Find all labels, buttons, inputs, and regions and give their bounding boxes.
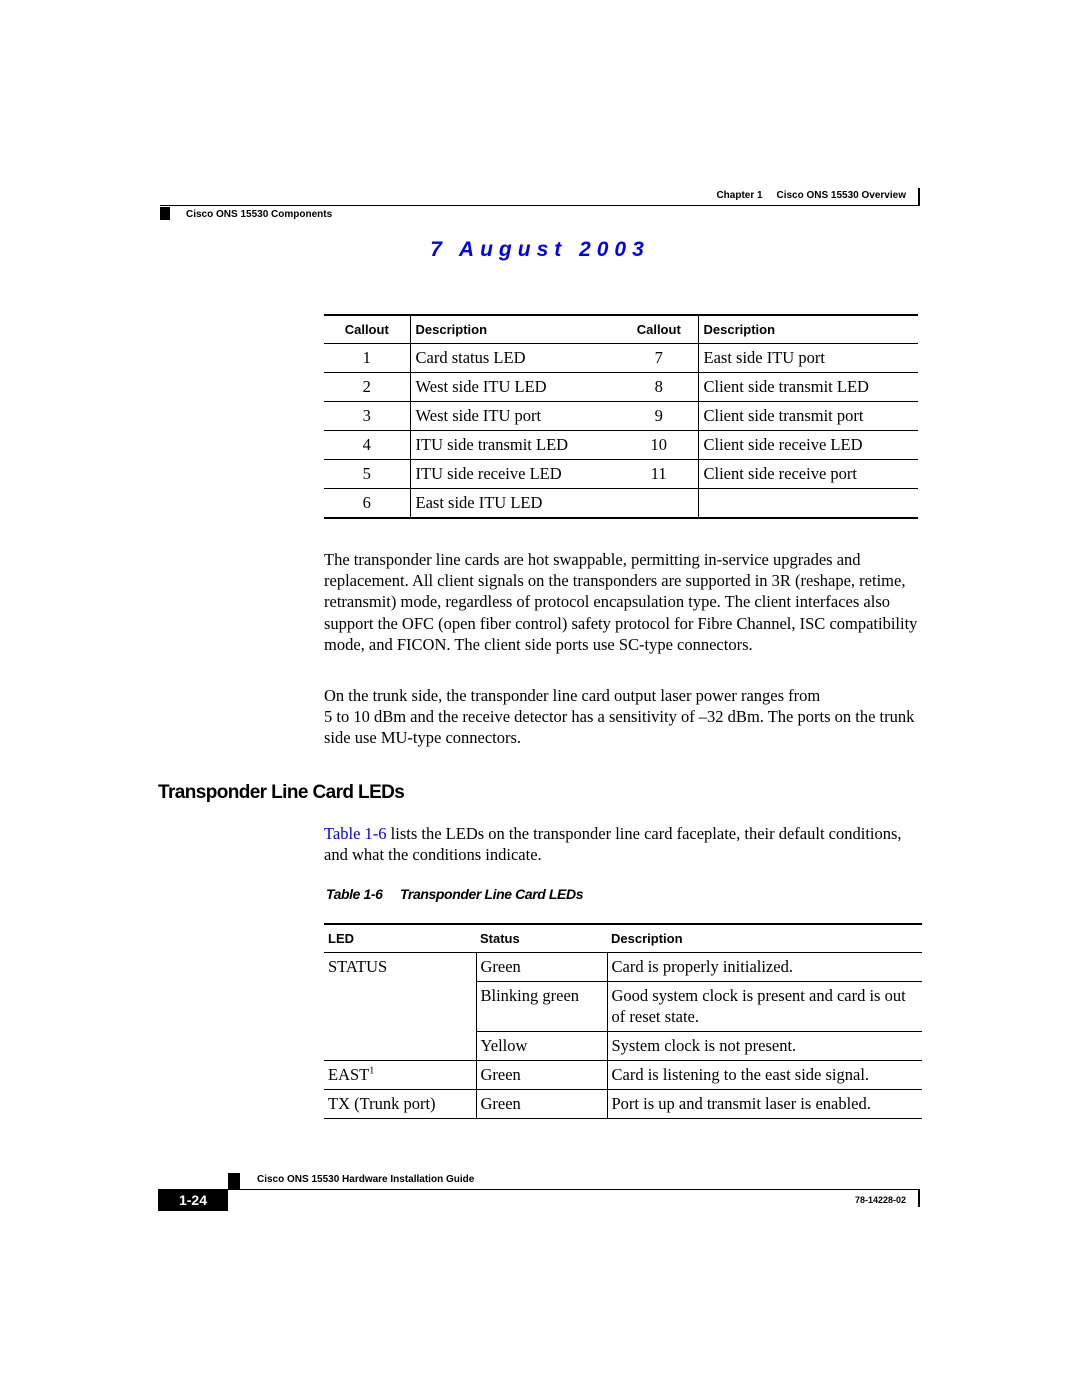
- led-name: EAST1: [324, 1061, 476, 1090]
- paragraph-table-intro: Table 1-6 lists the LEDs on the transpon…: [324, 823, 924, 865]
- callout-description: East side ITU port: [698, 344, 918, 373]
- date-stamp: 7 August 2003: [0, 238, 1080, 262]
- section-heading: Transponder Line Card LEDs: [158, 782, 404, 804]
- led-description: Port is up and transmit laser is enabled…: [607, 1090, 922, 1119]
- column-header-description: Description: [607, 924, 922, 953]
- led-name-text: TX (Trunk port): [328, 1094, 436, 1113]
- callout-description: Client side transmit port: [698, 402, 918, 431]
- table-intro-text: lists the LEDs on the transponder line c…: [324, 824, 902, 864]
- led-status: Yellow: [476, 1032, 607, 1061]
- led-description: Card is properly initialized.: [607, 953, 922, 982]
- column-header-led: LED: [324, 924, 476, 953]
- table-row: TX (Trunk port)GreenPort is up and trans…: [324, 1090, 922, 1119]
- table-row: 3West side ITU port9Client side transmit…: [324, 402, 918, 431]
- callout-number: 9: [620, 402, 698, 431]
- led-status: Green: [476, 1061, 607, 1090]
- led-description: System clock is not present.: [607, 1032, 922, 1061]
- led-name: STATUS: [324, 953, 476, 982]
- table-row: 4ITU side transmit LED10Client side rece…: [324, 431, 918, 460]
- callout-number: 7: [620, 344, 698, 373]
- led-name: TX (Trunk port): [324, 1090, 476, 1119]
- led-table: LED Status Description STATUSGreenCard i…: [324, 923, 922, 1119]
- callout-description: West side ITU LED: [410, 373, 620, 402]
- paragraph-trunk-side: On the trunk side, the transponder line …: [324, 685, 924, 749]
- callout-description: ITU side receive LED: [410, 460, 620, 489]
- table-row: EAST1GreenCard is listening to the east …: [324, 1061, 922, 1090]
- footnote-marker: 1: [369, 1066, 374, 1077]
- led-description: Good system clock is present and card is…: [607, 982, 922, 1032]
- table-row: Blinking greenGood system clock is prese…: [324, 982, 922, 1032]
- callout-number: 11: [620, 460, 698, 489]
- footer-rule: [228, 1189, 920, 1190]
- chapter-title: Cisco ONS 15530 Overview: [776, 190, 906, 201]
- callout-description: Client side receive port: [698, 460, 918, 489]
- led-name-text: EAST: [328, 1065, 369, 1084]
- paragraph-trunk-rest: 5 to 10 dBm and the receive detector has…: [324, 706, 924, 748]
- led-status: Blinking green: [476, 982, 607, 1032]
- led-name: [324, 1032, 476, 1061]
- column-header-callout: Callout: [324, 315, 410, 344]
- column-header-description-2: Description: [698, 315, 918, 344]
- led-status: Green: [476, 953, 607, 982]
- paragraph-trunk-line1: On the trunk side, the transponder line …: [324, 685, 924, 706]
- table-row: 5ITU side receive LED11Client side recei…: [324, 460, 918, 489]
- column-header-description: Description: [410, 315, 620, 344]
- table-row: 2West side ITU LED8Client side transmit …: [324, 373, 918, 402]
- callout-description: West side ITU port: [410, 402, 620, 431]
- table-reference-link[interactable]: Table 1-6: [324, 824, 387, 843]
- chapter-header: Chapter 1 Cisco ONS 15530 Overview: [716, 190, 906, 201]
- callout-number: 1: [324, 344, 410, 373]
- footer-bar-marker: [918, 1190, 920, 1207]
- callout-description: Card status LED: [410, 344, 620, 373]
- callout-description: East side ITU LED: [410, 489, 620, 519]
- paragraph-hot-swap: The transponder line cards are hot swapp…: [324, 549, 924, 655]
- table-caption-number: Table 1-6: [326, 886, 383, 902]
- table-caption-title: Transponder Line Card LEDs: [400, 886, 583, 902]
- callout-number: 4: [324, 431, 410, 460]
- footer-guide-title: Cisco ONS 15530 Hardware Installation Gu…: [257, 1174, 474, 1185]
- footer-marker-block: [228, 1173, 240, 1189]
- callout-number: [620, 489, 698, 519]
- section-marker-block: [160, 207, 170, 220]
- led-name: [324, 982, 476, 1032]
- callout-number: 3: [324, 402, 410, 431]
- header-rule: [160, 205, 920, 206]
- callout-table: Callout Description Callout Description …: [324, 314, 918, 519]
- table-row: 1Card status LED7East side ITU port: [324, 344, 918, 373]
- table-row: 6East side ITU LED: [324, 489, 918, 519]
- led-description: Card is listening to the east side signa…: [607, 1061, 922, 1090]
- section-header: Cisco ONS 15530 Components: [186, 209, 332, 220]
- column-header-status: Status: [476, 924, 607, 953]
- callout-table-header: Callout Description Callout Description: [324, 315, 918, 344]
- callout-description: ITU side transmit LED: [410, 431, 620, 460]
- callout-description: Client side receive LED: [698, 431, 918, 460]
- page-number: 1-24: [158, 1189, 228, 1211]
- header-bar-marker: [918, 188, 920, 205]
- callout-number: 10: [620, 431, 698, 460]
- callout-description: [698, 489, 918, 519]
- callout-number: 6: [324, 489, 410, 519]
- callout-number: 8: [620, 373, 698, 402]
- column-header-callout-2: Callout: [620, 315, 698, 344]
- callout-number: 2: [324, 373, 410, 402]
- table-row: STATUSGreenCard is properly initialized.: [324, 953, 922, 982]
- chapter-label: Chapter 1: [716, 190, 762, 201]
- callout-description: Client side transmit LED: [698, 373, 918, 402]
- led-status: Green: [476, 1090, 607, 1119]
- table-row: YellowSystem clock is not present.: [324, 1032, 922, 1061]
- document-number: 78-14228-02: [855, 1195, 906, 1205]
- led-table-header: LED Status Description: [324, 924, 922, 953]
- led-name-text: STATUS: [328, 957, 387, 976]
- table-caption: Table 1-6 Transponder Line Card LEDs: [326, 886, 583, 902]
- callout-number: 5: [324, 460, 410, 489]
